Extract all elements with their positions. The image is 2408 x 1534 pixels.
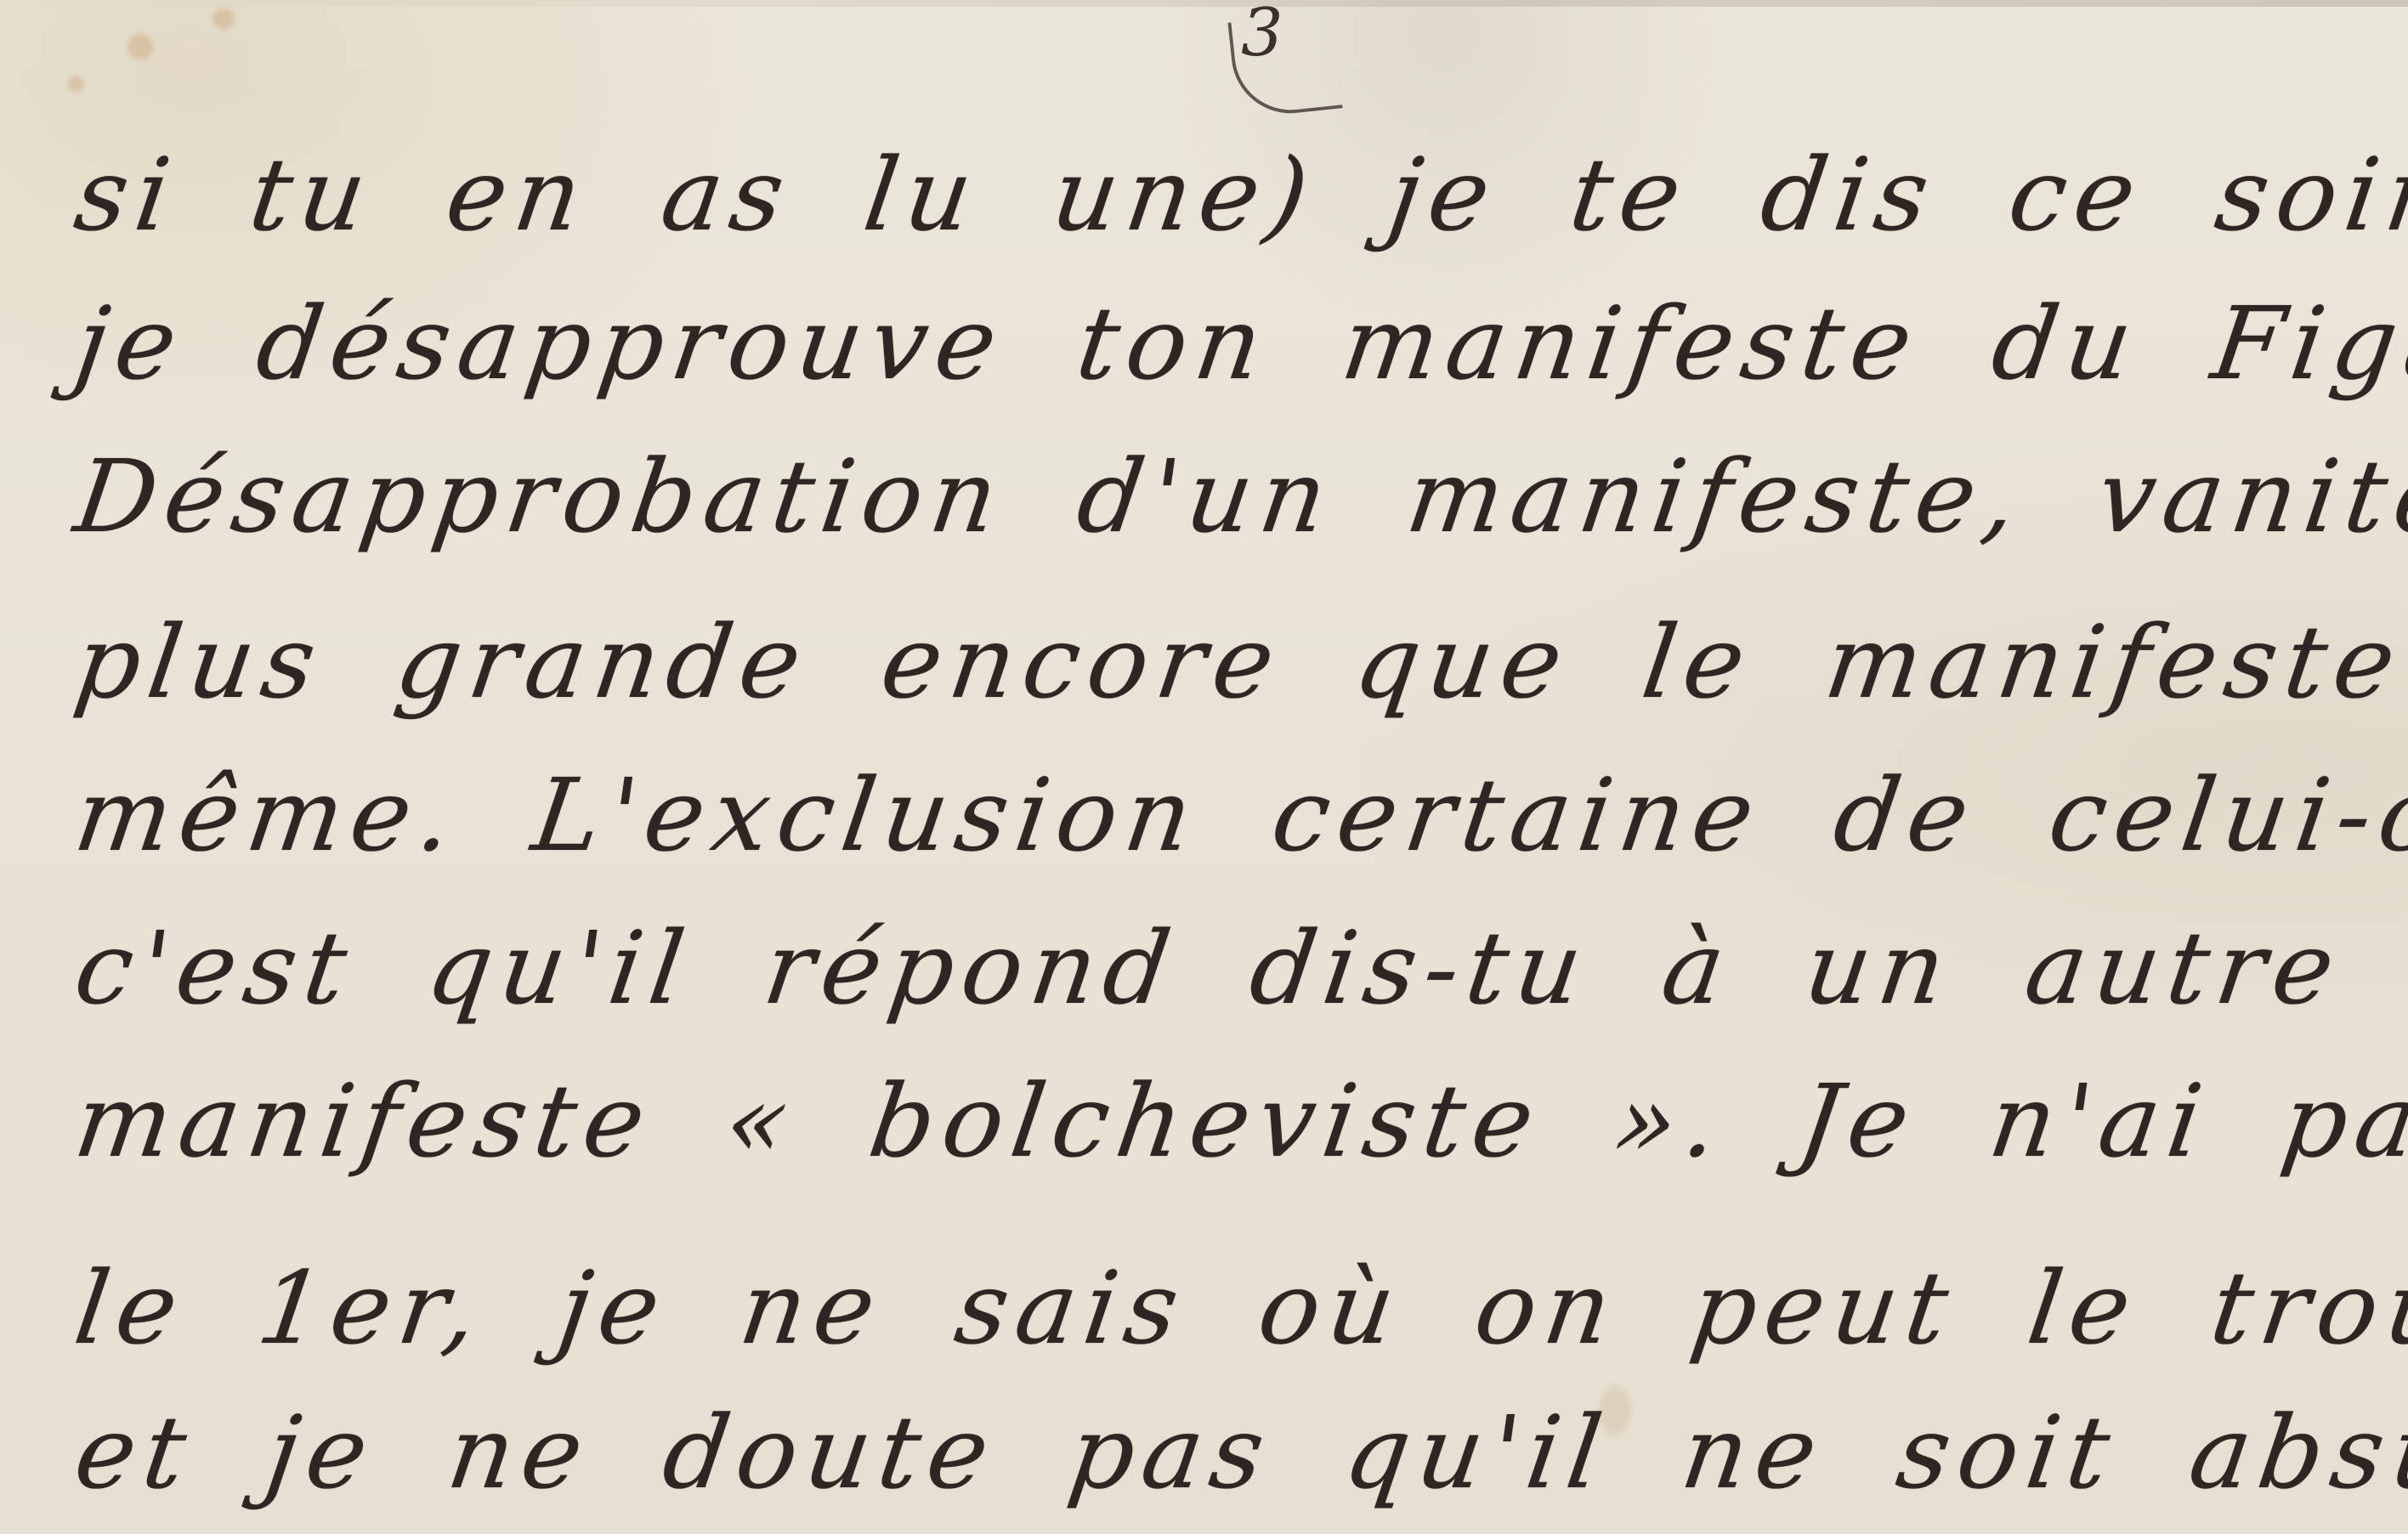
foxing-stain: [212, 8, 235, 29]
handwritten-line-8: le 1er, je ne sais où on peut le trouver: [70, 1258, 2408, 1358]
handwritten-line-5: même. L'exclusion certaine de celui-ci: [70, 765, 2408, 865]
handwritten-line-1: si tu en as lu une) je te dis ce soir co…: [70, 144, 2408, 245]
handwritten-line-4: plus grande encore que le manifeste lui-: [70, 612, 2408, 712]
manuscript-page: 3 si tu en as lu une) je te dis ce soir …: [0, 0, 2408, 1534]
page-number: 3: [1241, 0, 1283, 66]
handwritten-line-7: manifeste « bolcheviste ». Je n'ai pas l…: [70, 1071, 2408, 1171]
handwritten-line-2: je désapprouve ton manifeste du Figaro.: [70, 293, 2408, 393]
foxing-stain: [68, 76, 83, 92]
handwritten-line-3: Désapprobation d'un manifeste, vanité: [70, 446, 2408, 546]
handwritten-line-6: c'est qu'il répond dis-tu à un autre: [70, 918, 2349, 1018]
foxing-stain: [127, 34, 153, 59]
handwritten-line-9: et je ne doute pas qu'il ne soit absurde…: [70, 1402, 2408, 1503]
paper-top-edge: [0, 0, 2408, 7]
